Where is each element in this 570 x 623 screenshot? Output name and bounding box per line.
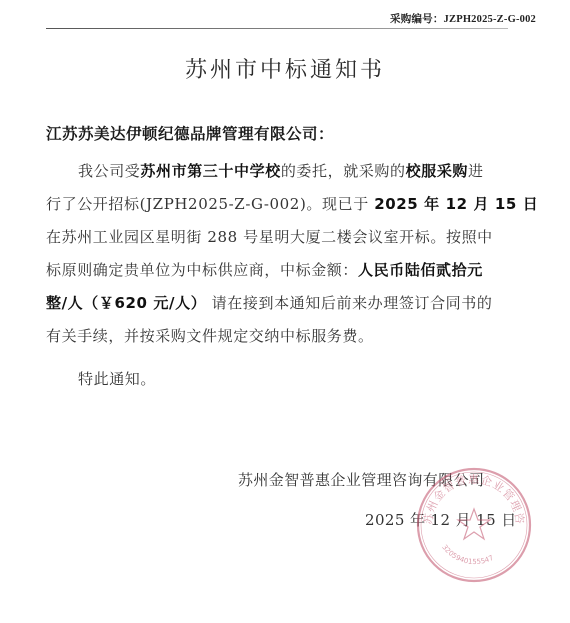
procurement-number-label: 采购编号： bbox=[390, 14, 444, 25]
text-segment: 行了公开招标(JZPH2025-Z-G-002)。现已于 bbox=[46, 195, 374, 213]
award-amount-words: 人民币陆佰贰拾元 bbox=[358, 261, 483, 279]
text-segment: 我公司受 bbox=[78, 162, 140, 180]
header-divider bbox=[46, 28, 508, 29]
text-segment: 的委托，就采购的 bbox=[281, 162, 406, 180]
text-segment: 标原则确定贵单位为中标供应商，中标金额： bbox=[46, 261, 358, 279]
svg-text:3205940155547: 3205940155547 bbox=[440, 543, 494, 566]
body-line-2: 行了公开招标(JZPH2025-Z-G-002)。现已于 2025 年 12 月… bbox=[46, 193, 516, 214]
text-segment: 请在接到本通知后前来办理签订合同书的 bbox=[206, 294, 492, 312]
body-line-3: 在苏州工业园区星明街 288 号星明大厦二楼会议室开标。按照中 bbox=[46, 226, 516, 247]
issue-date: 2025 年 12 月 15 日 bbox=[365, 509, 517, 530]
body-line-1: 我公司受苏州市第三十中学校的委托，就采购的校服采购进 bbox=[46, 160, 516, 181]
recipient-company: 江苏苏美达伊顿纪德品牌管理有限公司： bbox=[46, 122, 334, 144]
award-amount-figure: 整/人（￥620 元/人） bbox=[46, 294, 206, 312]
opening-date: 2025 年 12 月 15 日 bbox=[374, 195, 538, 213]
body-line-4: 标原则确定贵单位为中标供应商，中标金额：人民币陆佰贰拾元 bbox=[46, 259, 516, 280]
purchaser-name: 苏州市第三十中学校 bbox=[140, 162, 280, 180]
text-segment: 进 bbox=[468, 162, 484, 180]
closing-text: 特此通知。 bbox=[46, 368, 516, 389]
body-line-6: 有关手续，并按采购文件规定交纳中标服务费。 bbox=[46, 325, 516, 346]
project-name: 校服采购 bbox=[406, 162, 468, 180]
procurement-number: 采购编号：JZPH2025-Z-G-002 bbox=[336, 11, 536, 26]
body-line-5: 整/人（￥620 元/人） 请在接到本通知后前来办理签订合同书的 bbox=[46, 292, 516, 313]
issuer-company: 苏州金智普惠企业管理咨询有限公司 bbox=[238, 469, 484, 490]
document-title: 苏州市中标通知书 bbox=[0, 53, 570, 84]
procurement-number-value: JZPH2025-Z-G-002 bbox=[444, 14, 536, 25]
